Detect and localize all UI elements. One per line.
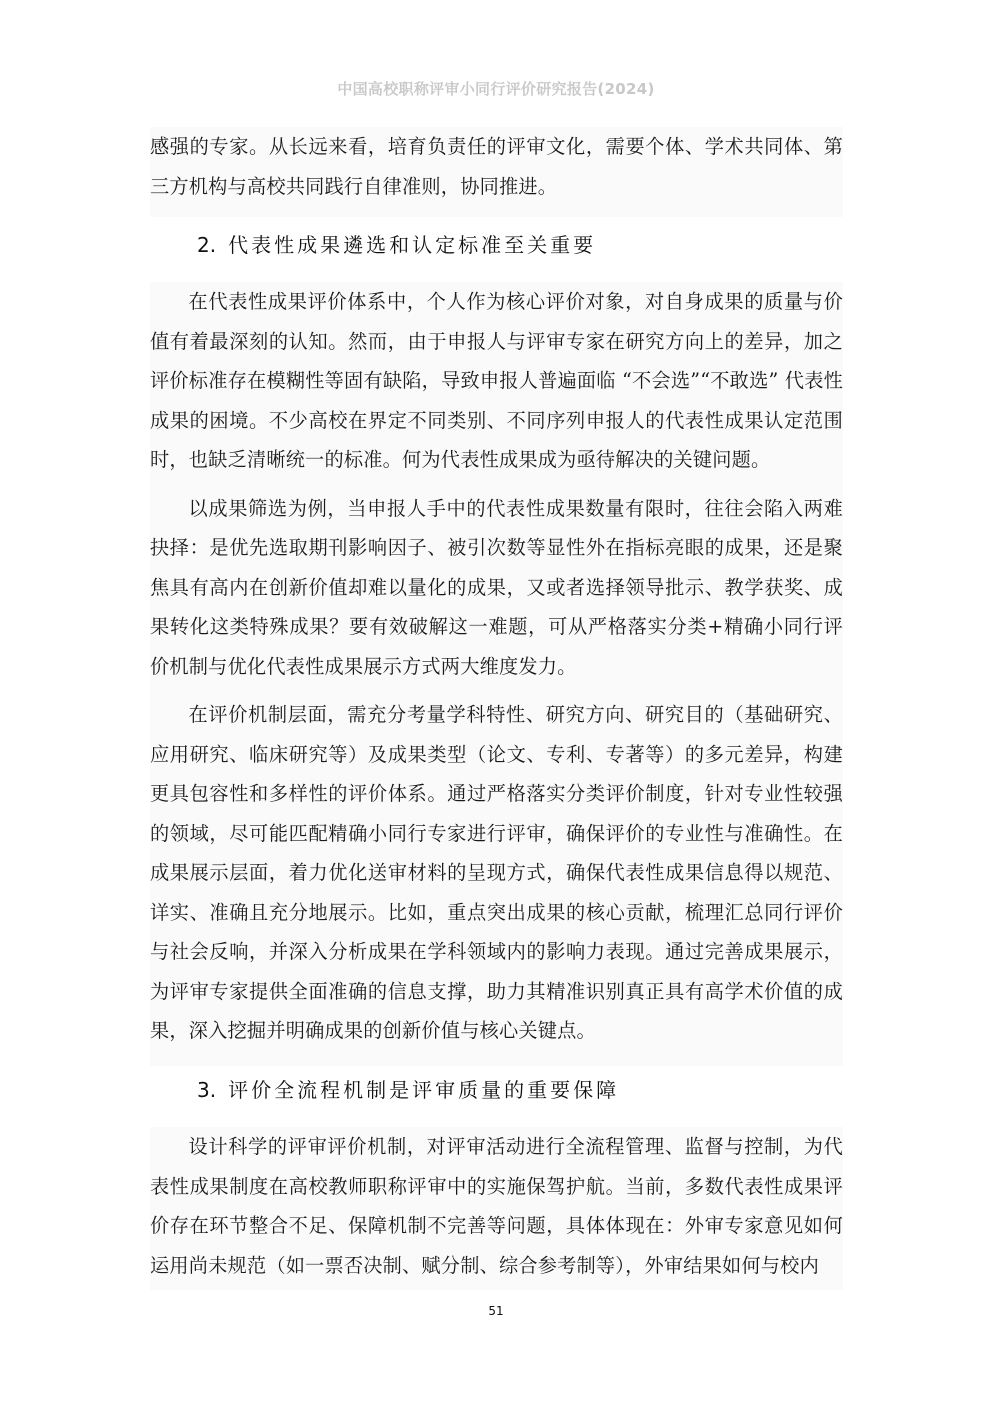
intro-paragraph: 感强的专家。从长远来看，培育负责任的评审文化，需要个体、学术共同体、第三方机构与…	[150, 127, 843, 206]
section-title: 代表性成果遴选和认定标准至关重要	[228, 233, 596, 257]
running-header: 中国高校职称评审小同行评价研究报告(2024)	[0, 78, 992, 99]
body-paragraph: 在代表性成果评价体系中，个人作为核心评价对象，对自身成果的质量与价值有着最深刻的…	[150, 282, 843, 480]
section-2-body: 在代表性成果评价体系中，个人作为核心评价对象，对自身成果的质量与价值有着最深刻的…	[150, 282, 843, 1066]
body-paragraph: 以成果筛选为例，当申报人手中的代表性成果数量有限时，往往会陷入两难抉择：是优先选…	[150, 489, 843, 687]
section-title: 评价全流程机制是评审质量的重要保障	[228, 1078, 619, 1102]
section-3-body: 设计科学的评审评价机制，对评审活动进行全流程管理、监督与控制，为代表性成果制度在…	[150, 1127, 843, 1290]
section-number: 2.	[197, 233, 216, 257]
section-number: 3.	[197, 1078, 216, 1102]
section-heading-2: 2.代表性成果遴选和认定标准至关重要	[197, 229, 596, 258]
body-paragraph: 在评价机制层面，需充分考量学科特性、研究方向、研究目的（基础研究、应用研究、临床…	[150, 695, 843, 1051]
intro-paragraph-block: 感强的专家。从长远来看，培育负责任的评审文化，需要个体、学术共同体、第三方机构与…	[150, 127, 843, 217]
page-number: 51	[0, 1304, 992, 1318]
section-heading-3: 3.评价全流程机制是评审质量的重要保障	[197, 1074, 619, 1103]
body-paragraph: 设计科学的评审评价机制，对评审活动进行全流程管理、监督与控制，为代表性成果制度在…	[150, 1127, 843, 1285]
